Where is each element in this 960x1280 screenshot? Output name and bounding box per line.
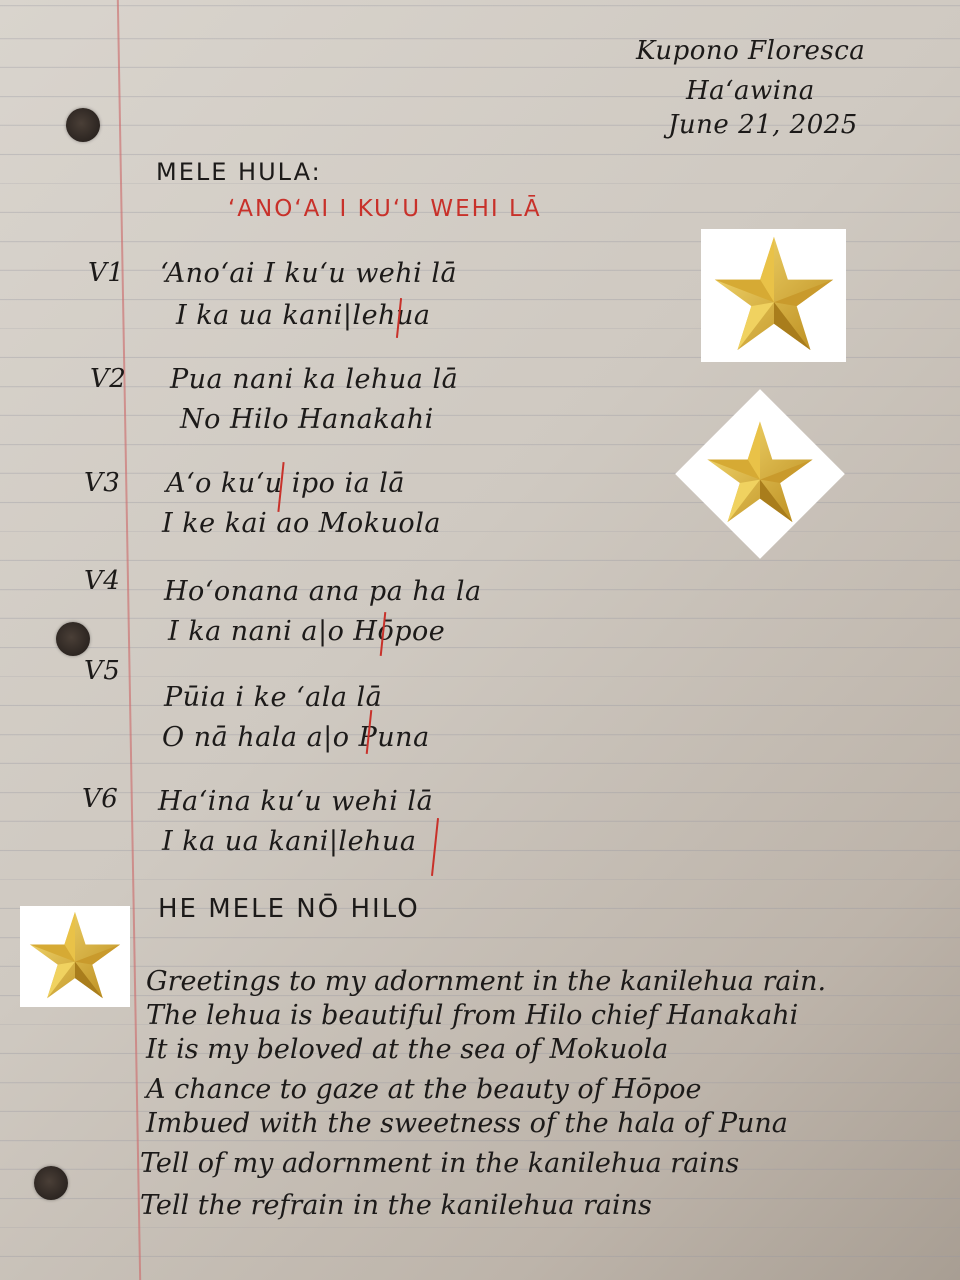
verse-line: No Hilo Hanakahi [180,404,434,435]
gold-star-sticker [701,229,846,362]
translation-line: Imbued with the sweetness of the hala of… [146,1108,788,1139]
verse-label: V4 [84,566,120,596]
translation-line: Tell of my adornment in the kanilehua ra… [140,1148,739,1179]
verse-label: V1 [88,258,124,288]
verse-label: V6 [82,784,118,814]
gold-star-icon [706,233,842,359]
verse-line: ʻAnoʻai I kuʻu wehi lā [160,258,457,289]
date: June 21, 2025 [668,110,858,140]
verse-line: Haʻina kuʻu wehi lā [158,786,433,817]
binder-hole-middle [56,622,90,656]
gold-star-icon [704,418,816,530]
verse-line: Hoʻonana ana pa ha la [164,576,482,607]
verse-label: V3 [84,468,120,498]
binder-hole-top [66,108,100,142]
verse-label: V2 [90,364,126,394]
verse-line: I ka nani a|o Hōpoe [168,616,445,647]
gold-star-sticker [20,906,130,1007]
footer-title: HE MELE NŌ HILO [158,894,420,924]
verse-line: Pua nani ka lehua lā [170,364,458,395]
student-name: Kupono Floresca [636,36,865,66]
verse-line: I ka ua kani|lehua [162,826,416,857]
verse-line: Pūia i ke ʻala lā [164,682,382,713]
verse-line: Aʻo kuʻu ipo ia lā [166,468,405,499]
verse-line: I ke kai ao Mokuola [162,508,441,539]
title-label: MELE HULA: [156,158,322,186]
translation-line: The lehua is beautiful from Hilo chief H… [146,1000,798,1031]
verse-label: V5 [84,656,120,686]
song-title: ʻANOʻAI I KUʻU WEHI LĀ [228,196,542,222]
verse-line: I ka ua kani|lehua [176,300,430,331]
binder-hole-bottom [34,1166,68,1200]
gold-star-icon [23,909,127,1005]
assignment-label: Haʻawina [686,76,815,106]
verse-line: O nā hala a|o Puna [162,722,430,753]
translation-line: A chance to gaze at the beauty of Hōpoe [146,1074,702,1105]
translation-line: It is my beloved at the sea of Mokuola [146,1034,668,1065]
translation-line: Tell the refrain in the kanilehua rains [140,1190,652,1221]
translation-line: Greetings to my adornment in the kanileh… [146,966,826,997]
